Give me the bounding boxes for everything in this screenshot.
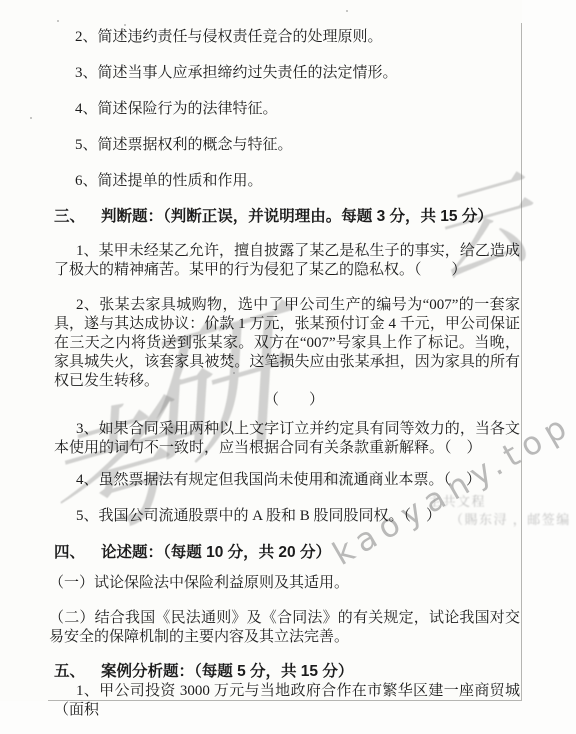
section-heading-judgement: 三、判断题：（判断正误，并说明理由。每题 3 分，共 15 分） — [54, 207, 520, 226]
judgement-question: 5、我国公司流通股票中的 A 股和 B 股同股同权。（ ） — [54, 507, 520, 526]
essay-question: （一）试论保险法中保险利益原则及其适用。 — [49, 574, 520, 593]
answer-blank: （ ） — [264, 391, 520, 410]
judgement-question: 3、如果合同采用两种以上文字订立并约定具有同等效力的，当各文本使用的词句不一致时… — [54, 420, 520, 458]
section-number: 三、 — [54, 208, 85, 225]
judgement-question: 2、张某去家具城购物，选中了甲公司生产的编号为“007”的一套家具，遂与其达成协… — [54, 296, 520, 391]
section-title: 案例分析题：（每题 5 分，共 15 分） — [101, 663, 353, 680]
scanned-exam-page: 考 研 云 kaoyany.top 高头支院（ 主共文程 （賜东浔 ，邮签编 2… — [0, 0, 576, 734]
short-answer-item: 4、简述保险行为的法律特征。 — [54, 100, 520, 119]
case-analysis-question: 1、甲公司投资 3000 万元与当地政府合作在市繁华区建一座商贸城（面积 — [54, 682, 520, 720]
short-answer-item: 3、简述当事人应承担缔约过失责任的法定情形。 — [54, 64, 520, 83]
section-title: 论述题：（每题 10 分，共 20 分） — [101, 544, 331, 561]
essay-question: （二）结合我国《民法通则》及《合同法》的有关规定，试论我国对交易安全的保障机制的… — [49, 609, 520, 647]
section-number: 五、 — [54, 663, 85, 680]
short-answer-item: 6、简述提单的性质和作用。 — [54, 172, 520, 191]
exam-text-block: 2、简述违约责任与侵权责任竞合的处理原则。 3、简述当事人应承担缔约过失责任的法… — [0, 0, 576, 720]
short-answer-item: 2、简述违约责任与侵权责任竞合的处理原则。 — [54, 28, 520, 47]
section-heading-essay: 四、论述题：（每题 10 分，共 20 分） — [54, 543, 520, 562]
section-number: 四、 — [54, 544, 85, 561]
section-heading-case-analysis: 五、案例分析题：（每题 5 分，共 15 分） — [54, 662, 520, 681]
section-title: 判断题：（判断正误，并说明理由。每题 3 分，共 15 分） — [101, 208, 493, 225]
judgement-question: 4、虽然票据法有规定但我国尚未使用和流通商业本票。（ ） — [54, 471, 520, 490]
short-answer-item: 5、简述票据权利的概念与特征。 — [54, 136, 520, 155]
judgement-question: 1、某甲未经某乙允许，擅自披露了某乙是私生子的事实，给乙造成了极大的精神痛苦。某… — [54, 242, 520, 280]
